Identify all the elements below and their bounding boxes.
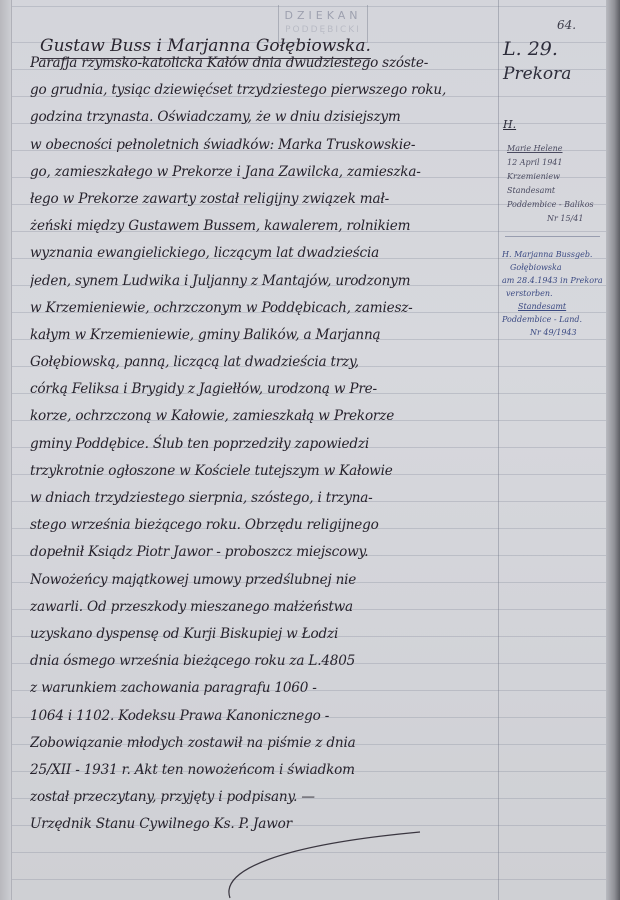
- annotation-line: Poddembice - Land.: [502, 313, 606, 326]
- record-line: kałym w Krzemieniewie, gminy Balików, a …: [30, 322, 500, 349]
- annotation-line: Nr 15/41: [507, 212, 607, 226]
- left-margin-line: [11, 0, 12, 900]
- record-line: z warunkiem zachowania paragrafu 1060 -: [30, 675, 500, 702]
- stamp-line-2: PODDĘBICKI: [279, 23, 367, 37]
- record-line: w obecności pełnoletnich świadków: Marka…: [30, 132, 500, 159]
- record-line: trzykrotnie ogłoszone w Kościele tutejsz…: [30, 458, 500, 485]
- annotation-line: am 28.4.1943 in Prekora: [502, 274, 606, 287]
- record-line: jeden, synem Ludwika i Juljanny z Mantaj…: [30, 268, 500, 295]
- record-line: go, zamieszkałego w Prekorze i Jana Zawi…: [30, 159, 500, 186]
- place-name: Prekora: [503, 64, 571, 84]
- record-body: Parafja rzymsko-katolicka Kałów dnia dwu…: [30, 50, 500, 838]
- page-number: 64.: [557, 18, 576, 32]
- annotation-line: Krzemieniew: [507, 170, 607, 184]
- annotation-line: 12 April 1941: [507, 156, 607, 170]
- record-line: uzyskano dyspensę od Kurji Biskupiej w Ł…: [30, 621, 500, 648]
- record-line: łego w Prekorze zawarty został religijny…: [30, 186, 500, 213]
- record-line: w Krzemieniewie, ochrzczonym w Poddębica…: [30, 295, 500, 322]
- record-line: 25/XII - 1931 r. Akt ten nowożeńcom i św…: [30, 757, 500, 784]
- record-line: godzina trzynasta. Oświadczamy, że w dni…: [30, 104, 500, 131]
- record-line: stego września bieżącego roku. Obrzędu r…: [30, 512, 500, 539]
- annotation-line: verstorben.: [502, 287, 606, 300]
- annotation-divider: [505, 236, 600, 237]
- record-line: dopełnił Ksiądz Piotr Jawor - proboszcz …: [30, 539, 500, 566]
- annotation-line: H. Marjanna Bussgeb.: [502, 248, 606, 261]
- record-line: dnia ósmego września bieżącego roku za L…: [30, 648, 500, 675]
- record-line: został przeczytany, przyjęty i podpisany…: [30, 784, 500, 811]
- record-line: Zobowiązanie młodych zostawił na piśmie …: [30, 730, 500, 757]
- annotation-line: Poddembice - Balikos: [507, 198, 607, 212]
- annotation-death-child: Marie Helene 12 April 1941 Krzemieniew S…: [507, 142, 607, 226]
- stamp-line-1: DZIEKAN: [279, 9, 367, 23]
- signature-flourish: [220, 830, 460, 900]
- annotation-line: Nr 49/1943: [502, 326, 606, 339]
- annotation-death-wife: H. Marjanna Bussgeb. Gołębiowska am 28.4…: [502, 248, 606, 339]
- page-edge: [606, 0, 620, 900]
- record-line: go grudnia, tysiąc dziewięćset trzydzies…: [30, 77, 500, 104]
- record-line: Nowożeńcy majątkowej umowy przedślubnej …: [30, 567, 500, 594]
- act-number: L. 29.: [503, 38, 558, 60]
- annotation-line: Marie Helene: [507, 142, 607, 156]
- record-line: 1064 i 1102. Kodeksu Prawa Kanonicznego …: [30, 703, 500, 730]
- record-line: wyznania ewangielickiego, liczącym lat d…: [30, 240, 500, 267]
- margin-mark: H.: [503, 118, 516, 131]
- record-line: gminy Poddębice. Ślub ten poprzedziły za…: [30, 431, 500, 458]
- annotation-line: Gołębiowska: [502, 261, 606, 274]
- record-line: córką Feliksa i Brygidy z Jagiełłów, uro…: [30, 376, 500, 403]
- annotation-line: Standesamt: [507, 184, 607, 198]
- record-line: zawarli. Od przeszkody mieszanego małżeń…: [30, 594, 500, 621]
- record-line: korze, ochrzczoną w Kałowie, zamieszkałą…: [30, 403, 500, 430]
- document-page: DZIEKAN PODDĘBICKI Gustaw Buss i Marjann…: [0, 0, 620, 900]
- record-line: Gołębiowską, panną, liczącą lat dwadzieś…: [30, 349, 500, 376]
- record-line: żeński między Gustawem Bussem, kawalerem…: [30, 213, 500, 240]
- record-line: Parafja rzymsko-katolicka Kałów dnia dwu…: [30, 50, 500, 77]
- annotation-line: Standesamt: [502, 300, 606, 313]
- record-line: w dniach trzydziestego sierpnia, szósteg…: [30, 485, 500, 512]
